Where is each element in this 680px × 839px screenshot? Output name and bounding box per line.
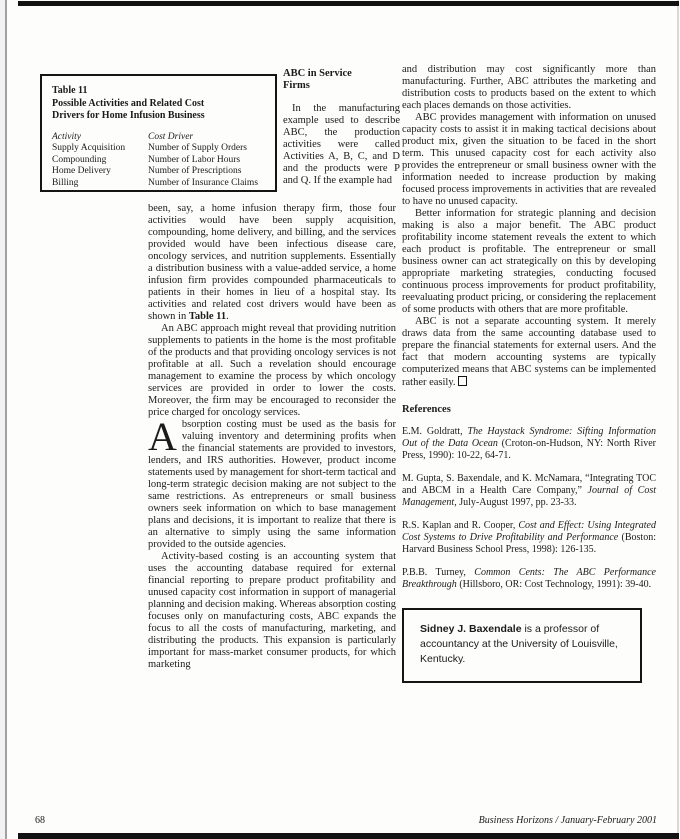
reference-item: M. Gupta, S. Baxendale, and K. McNamara,… [402,473,656,509]
table-reference: Table 11 [189,311,226,322]
table-11-title-line3: Drivers for Home Infusion Business [52,110,275,123]
table-cell: Home Delivery [52,166,146,178]
reference-text: , July-August 1997, pp. 23-33. [454,497,576,508]
table-cell: Supply Acquisition [52,143,146,155]
table-11-grid: Activity Cost Driver Supply Acquisition … [52,132,275,190]
paragraph-text: been, say, a home infusion therapy firm,… [148,203,396,322]
table-column-header: Activity [52,132,146,144]
paragraph: ABC is not a separate accounting system.… [402,316,656,389]
table-cell: Number of Supply Orders [148,143,275,155]
dropcap-paragraph: Absorption costing must be used as the b… [148,419,396,551]
table-cell: Compounding [52,155,146,167]
reference-text: P.B.B. Turney, [402,567,474,578]
paragraph-text: . [226,311,229,322]
paragraph: Activity-based costing is an accounting … [148,551,396,671]
reference-item: P.B.B. Turney, Common Cents: The ABC Per… [402,567,656,591]
table-cell: Number of Insurance Claims [148,178,275,190]
journal-name-and-issue: Business Horizons / January-February 200… [479,815,657,826]
paragraph-text: ABC is not a separate accounting system.… [402,316,656,388]
author-bio-box: Sidney J. Baxendale is a professor of ac… [402,608,642,683]
author-name: Sidney J. Baxendale [420,623,522,635]
reference-text: R.S. Kaplan and R. Cooper, [402,520,518,531]
top-rule [18,1,679,6]
right-column: and distribution may cost significantly … [402,64,656,683]
drop-cap: A [148,419,182,453]
scan-edge-line-left [5,0,7,839]
table-11-title: Table 11 Possible Activities and Related… [52,85,275,123]
reference-text: E.M. Goldratt, [402,426,468,437]
paragraph-text: bsorption costing must be used as the ba… [148,419,396,550]
section-heading-abc-in-service-firms: ABC in Service Firms [283,68,378,92]
reference-text: (Hillsboro, OR: Cost Technology, 1991): … [457,579,651,590]
intro-column: ABC in Service Firms In the manufacturin… [283,68,400,187]
reference-item: E.M. Goldratt, The Haystack Syndrome: Si… [402,426,656,462]
journal-page: Table 11 Possible Activities and Related… [0,0,680,839]
left-column: been, say, a home infusion therapy firm,… [148,203,396,671]
table-11-title-line2: Possible Activities and Related Cost [52,98,275,111]
page-number: 68 [35,815,45,826]
author-bio: Sidney J. Baxendale is a professor of ac… [420,622,626,667]
table-11-title-line1: Table 11 [52,85,275,98]
table-column-header: Cost Driver [148,132,275,144]
reference-item: R.S. Kaplan and R. Cooper, Cost and Effe… [402,520,656,556]
page-footer: 68 Business Horizons / January-February … [35,815,657,826]
intro-paragraph: In the manufacturing example used to des… [283,103,400,187]
references-heading: References [402,404,656,415]
table-cell: Number of Prescriptions [148,166,275,178]
scan-edge-line-right [677,0,679,839]
table-11-box: Table 11 Possible Activities and Related… [40,74,277,192]
bottom-rule [18,833,679,839]
paragraph: ABC provides management with information… [402,112,656,208]
paragraph: and distribution may cost significantly … [402,64,656,112]
end-of-article-icon [458,376,467,386]
table-cell: Number of Labor Hours [148,155,275,167]
paragraph: An ABC approach might reveal that provid… [148,323,396,419]
table-cell: Billing [52,178,146,190]
paragraph: Better information for strategic plannin… [402,208,656,316]
paragraph: been, say, a home infusion therapy firm,… [148,203,396,323]
